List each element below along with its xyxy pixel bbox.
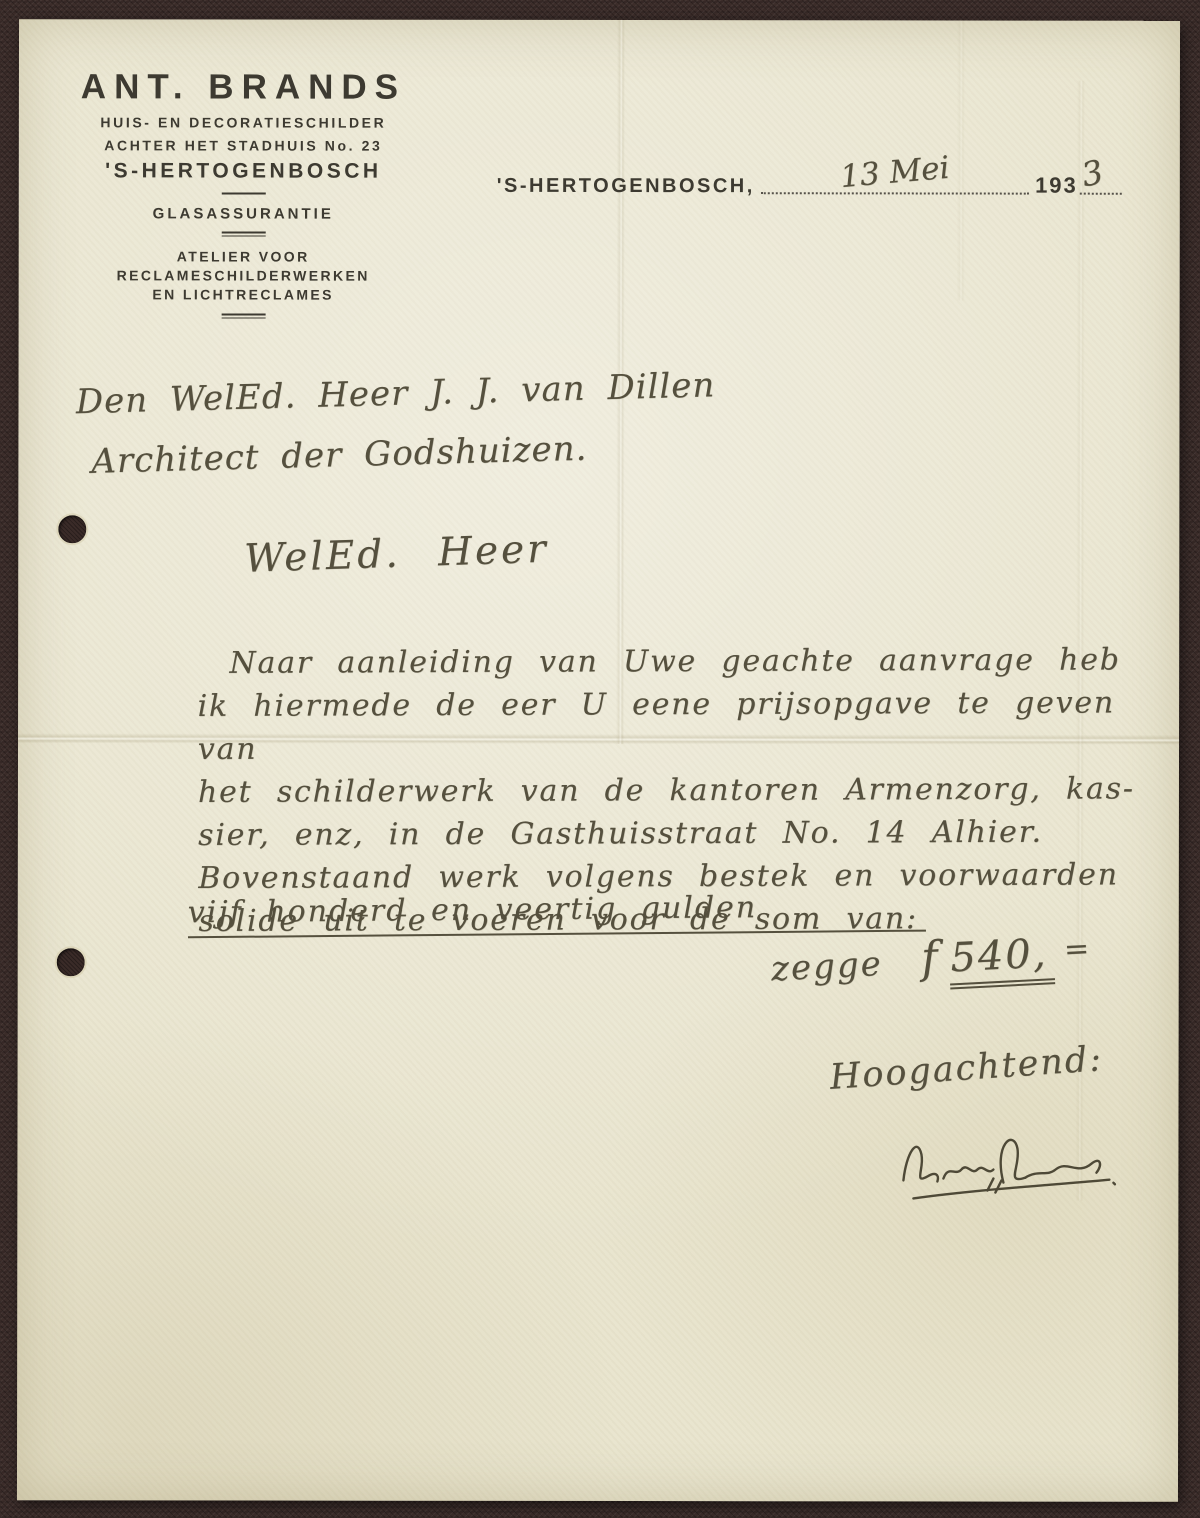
year-printed: 193 [1035,173,1078,201]
salutation: WelEd. Heer [244,527,550,582]
handwritten-year-digit: 3 [1078,152,1107,194]
letterhead-atelier-line3: EN LICHTRECLAMES [71,285,416,304]
equals-sign: = [1063,931,1090,967]
year-dotted-rule: 3 [1080,139,1122,195]
letterhead-trade: HUIS- EN DECORATIESCHILDER [71,114,416,130]
letterhead-city: 'S-HERTOGENBOSCH [71,159,416,183]
recipient-block: Den WelEd. Heer J. J. van Dillen Archite… [75,355,718,492]
body-line: ik hiermede de eer U eene prijsopgave te… [198,681,1163,771]
letterhead-double-divider [221,231,265,236]
zegge-label: zegge [770,944,884,990]
letterhead-company-name: ANT. BRANDS [71,67,416,107]
letterhead-divider [221,192,265,194]
letterhead-double-divider-bottom [221,313,265,318]
date-place-printed: 'S-HERTOGENBOSCH, [497,175,755,200]
letter-page: ANT. BRANDS HUIS- EN DECORATIESCHILDER A… [17,19,1180,1502]
amount-figures: 540, [947,930,1055,989]
date-line: 'S-HERTOGENBOSCH, 13 Mei 193 3 [497,138,1122,201]
valediction: Hoogachtend: [829,1039,1105,1098]
letterhead-atelier-line1: ATELIER VOOR [71,247,416,266]
letterhead-atelier-line2: RECLAMESCHILDERWERKEN [71,266,416,285]
letterhead-atelier: ATELIER VOOR RECLAMESCHILDERWERKEN EN LI… [71,247,416,304]
body-line: het schilderwerk van de kantoren Armenzo… [198,767,1163,814]
body-line: sier, enz, in de Gasthuisstraat No. 14 A… [198,810,1163,857]
signature [875,1118,1131,1214]
handwritten-date: 13 Mei [839,150,951,195]
letterhead-address: ACHTER HET STADHUIS No. 23 [71,137,416,153]
amount-in-words: vijf honderd en veertig gulden [188,889,926,939]
letterhead: ANT. BRANDS HUIS- EN DECORATIESCHILDER A… [71,67,416,318]
punch-hole-bottom [57,948,85,976]
punch-hole-top [58,515,86,543]
body-line: Naar aanleiding van Uwe geachte aanvrage… [197,638,1162,685]
guilder-sign: f [920,932,939,984]
date-dotted-rule: 13 Mei [761,144,1029,194]
letterhead-glasassurantie: GLASASSURANTIE [71,205,416,222]
